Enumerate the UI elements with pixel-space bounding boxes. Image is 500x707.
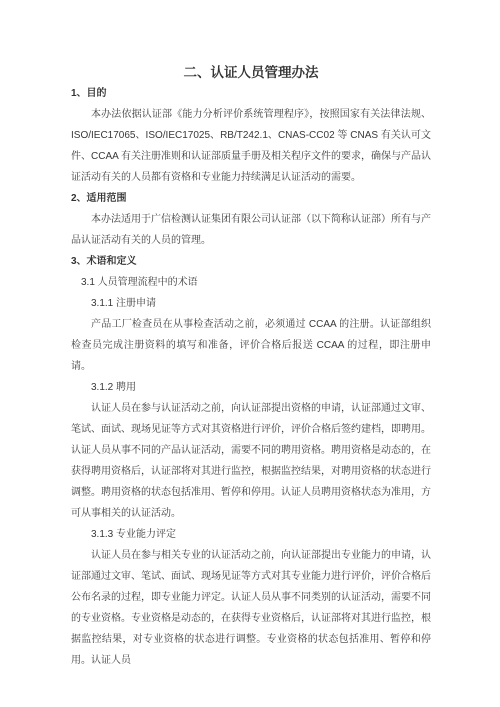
paragraph-employment: 认证人员在参与认证活动之前，向认证部提出资格的申请，认证部通过文审、笔试、面试、… bbox=[71, 398, 431, 524]
section-heading-scope: 2、适用范围 bbox=[71, 188, 431, 209]
term-heading-employment: 3.1.2 聘用 bbox=[71, 377, 431, 398]
paragraph-scope: 本办法适用于广信检测认证集团有限公司认证部（以下简称认证部）所有与产品认证活动有… bbox=[71, 209, 431, 251]
term-heading-professional-competence-assessment: 3.1.3 专业能力评定 bbox=[71, 524, 431, 545]
paragraph-purpose: 本办法依据认证部《能力分析评价系统管理程序》，按照国家有关法律法规、ISO/IE… bbox=[71, 104, 431, 188]
section-heading-terms-definitions: 3、术语和定义 bbox=[71, 251, 431, 272]
section-heading-purpose: 1、目的 bbox=[71, 83, 431, 104]
term-heading-registration-application: 3.1.1 注册申请 bbox=[71, 293, 431, 314]
document-title: 二、认证人员管理办法 bbox=[71, 62, 431, 83]
document-page: 二、认证人员管理办法 1、目的 本办法依据认证部《能力分析评价系统管理程序》，按… bbox=[0, 0, 500, 707]
paragraph-professional-competence-assessment: 认证人员在参与相关专业的认证活动之前，向认证部提出专业能力的申请，认证部通过文审… bbox=[71, 545, 431, 671]
paragraph-registration-application: 产品工厂检查员在从事检查活动之前，必须通过 CCAA 的注册。认证部组织检查员完… bbox=[71, 314, 431, 377]
subsection-heading-personnel-process-terms: 3.1 人员管理流程中的术语 bbox=[71, 272, 431, 293]
